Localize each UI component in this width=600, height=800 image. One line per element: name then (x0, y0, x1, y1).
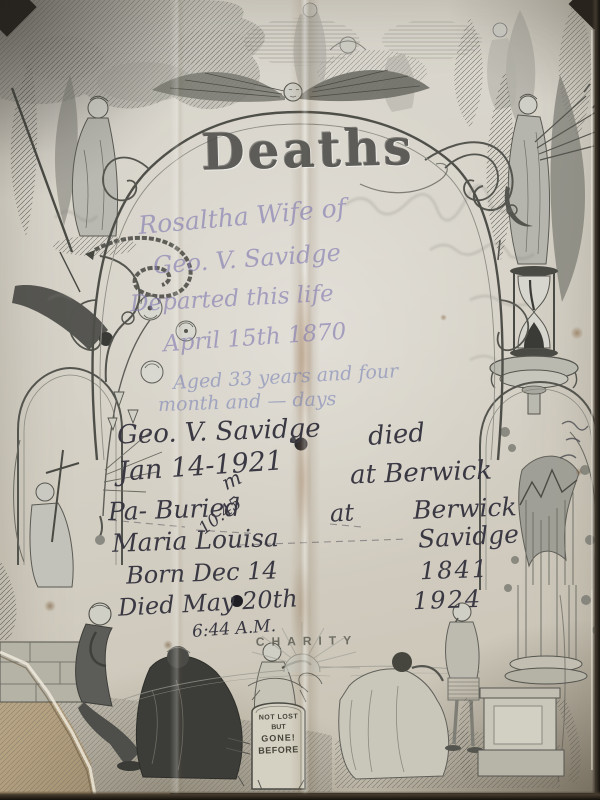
tombstone-text-line: BEFORE (251, 744, 306, 756)
entry-maria-first-names: Maria Louisa (112, 523, 280, 558)
mourning-scene-right (335, 595, 576, 788)
foxing-spot (44, 600, 56, 612)
entry-geo-death-place: at Berwick (350, 456, 493, 491)
foxing-spot (571, 326, 583, 340)
photo-edge-shadow (0, 791, 600, 800)
entry-geo-died-word: died (367, 418, 426, 452)
entry-maria-birth: Born Dec 14 (126, 556, 279, 589)
photo-edge-shadow (592, 0, 600, 800)
page-title-deaths: Deaths (177, 117, 438, 183)
photograph-of-death-register-page: Deaths Rosaltha Wife of Geo. V. Savidge … (0, 0, 600, 800)
entry-maria-death-year: 1924 (413, 585, 483, 615)
entry-maria-surname: Savidge (417, 519, 519, 553)
foxing-spot (440, 314, 447, 321)
foxing-spot (163, 640, 173, 650)
entry-burial-mid: at (329, 498, 354, 527)
winged-cherub-head (152, 70, 430, 102)
entry-maria-birth-year: 1841 (420, 555, 490, 585)
hanging-horn (12, 252, 113, 350)
charity-caption: CHARITY (222, 633, 392, 650)
foxing-spot (575, 468, 583, 476)
tombstone-text-line: GONE! (251, 732, 306, 744)
